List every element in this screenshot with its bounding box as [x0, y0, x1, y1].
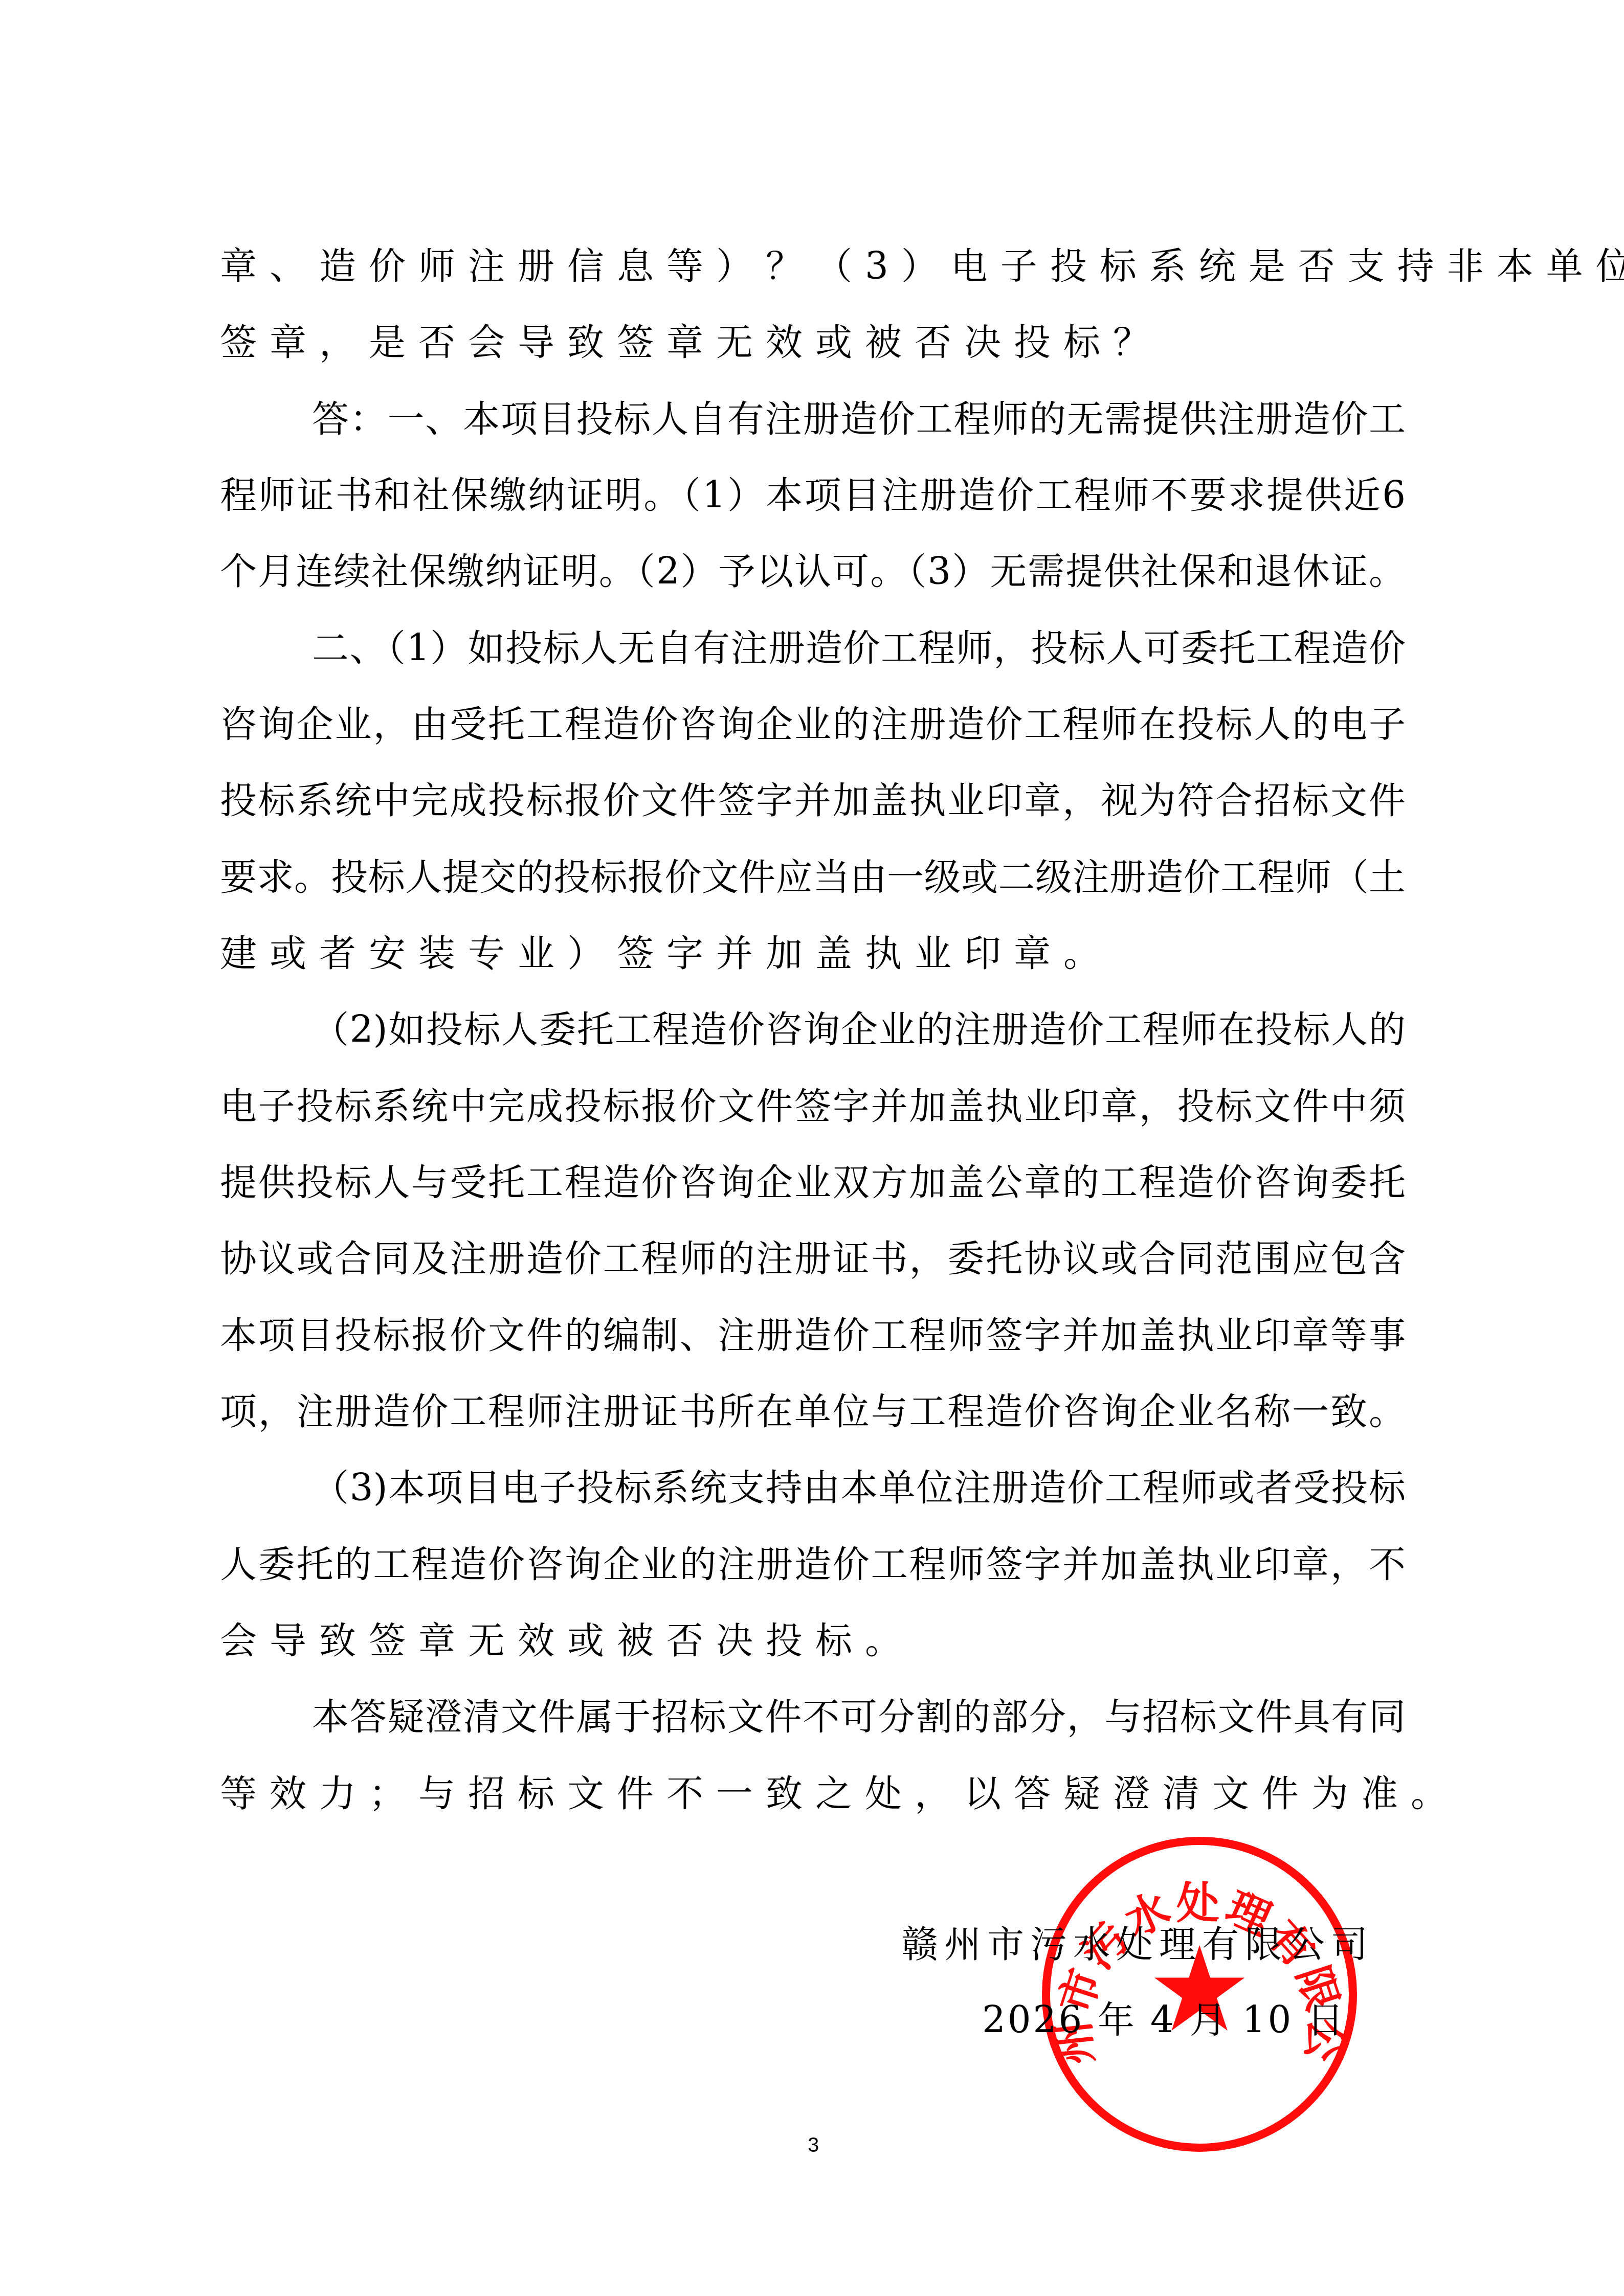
body-line: 提供投标人与受托工程造价咨询企业双方加盖公章的工程造价咨询委托	[220, 1157, 1406, 1208]
company-seal: 赣州市污水处理有限公司 ★	[1033, 1828, 1366, 2160]
signature-company: 赣州市污水处理有限公司	[901, 1921, 1374, 1967]
body-line: 项，注册造价工程师注册证书所在单位与工程造价咨询企业名称一致。	[220, 1386, 1406, 1437]
body-line: 投标系统中完成投标报价文件签字并加盖执业印章，视为符合招标文件	[220, 775, 1406, 826]
body-line: 签章，是否会导致签章无效或被否决投标？	[220, 317, 1406, 368]
page-number: 3	[798, 2132, 829, 2158]
body-line: 个月连续社保缴纳证明。（2）予以认可。（3）无需提供社保和退休证。	[220, 546, 1406, 597]
body-line: 会导致签章无效或被否决投标。	[220, 1615, 1406, 1666]
body-line: 电子投标系统中完成投标报价文件签字并加盖执业印章，投标文件中须	[220, 1081, 1406, 1132]
body-line: 等效力；与招标文件不一致之处，以答疑澄清文件为准。	[220, 1768, 1406, 1819]
body-line: 二、（1）如投标人无自有注册造价工程师，投标人可委托工程造价	[312, 622, 1406, 673]
body-line: 本答疑澄清文件属于招标文件不可分割的部分，与招标文件具有同	[312, 1691, 1406, 1742]
signature-date: 2026 年 4 月 10 日	[982, 1997, 1346, 2043]
body-line: 程师证书和社保缴纳证明。（1）本项目注册造价工程师不要求提供近6	[220, 469, 1406, 521]
body-line: 建或者安装专业）签字并加盖执业印章。	[220, 928, 1406, 979]
body-line: 章、造价师注册信息等）？（3）电子投标系统是否支持非本单位造价师	[220, 240, 1406, 291]
body-line: 要求。投标人提交的投标报价文件应当由一级或二级注册造价工程师（土	[220, 851, 1406, 903]
document-page: 章、造价师注册信息等）？（3）电子投标系统是否支持非本单位造价师 签章，是否会导…	[0, 0, 1624, 2296]
body-line: 协议或合同及注册造价工程师的注册证书，委托协议或合同范围应包含	[220, 1233, 1406, 1284]
body-line: （2)如投标人委托工程造价咨询企业的注册造价工程师在投标人的	[312, 1004, 1406, 1055]
body-line: 咨询企业，由受托工程造价咨询企业的注册造价工程师在投标人的电子	[220, 699, 1406, 750]
body-line: （3)本项目电子投标系统支持由本单位注册造价工程师或者受投标	[312, 1462, 1406, 1513]
body-line: 人委托的工程造价咨询企业的注册造价工程师签字并加盖执业印章，不	[220, 1539, 1406, 1590]
body-line: 本项目投标报价文件的编制、注册造价工程师签字并加盖执业印章等事	[220, 1310, 1406, 1361]
body-line: 答：一、本项目投标人自有注册造价工程师的无需提供注册造价工	[312, 393, 1406, 444]
